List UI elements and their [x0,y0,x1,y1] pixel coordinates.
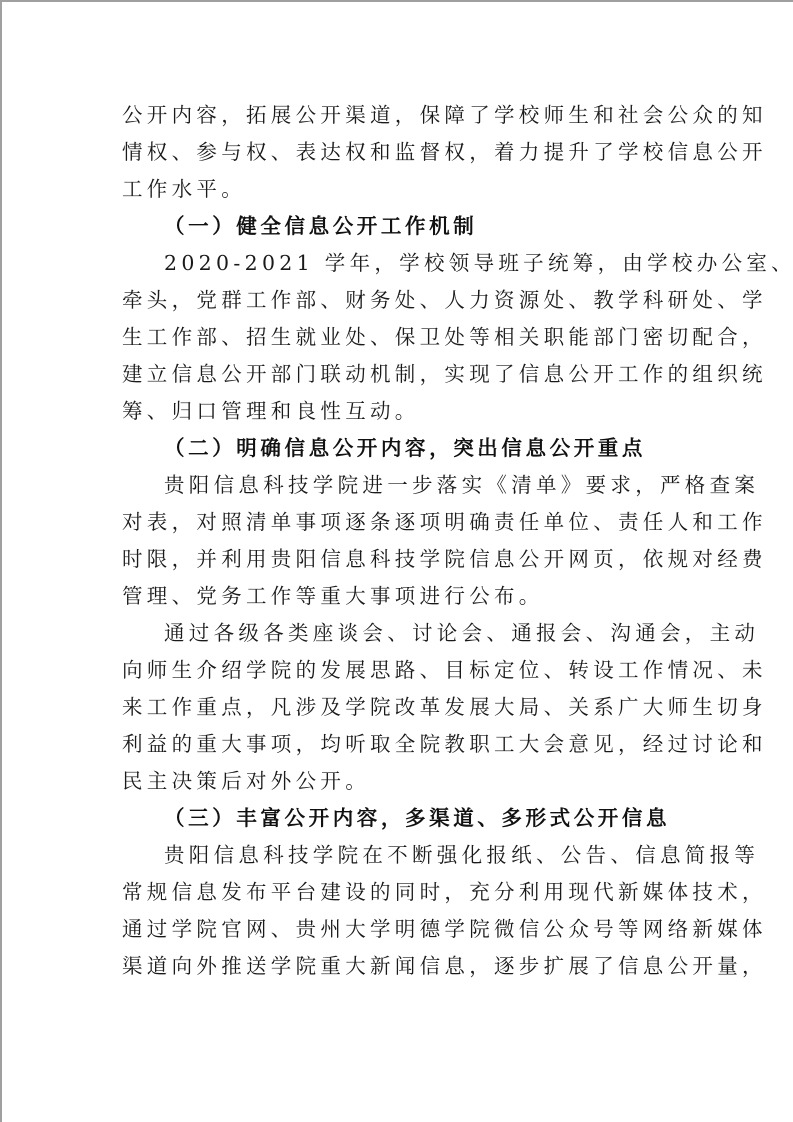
section-heading-3: （三）丰富公开内容，多渠道、多形式公开信息 [122,800,682,837]
paragraph-line: 利益的重大事项，均听取全院教职工大会意见，经过讨论和 [122,726,682,763]
paragraph-line: 通过学院官网、贵州大学明德学院微信公众号等网络新媒体 [122,911,682,948]
document-body: 公开内容，拓展公开渠道，保障了学校师生和社会公众的知 情权、参与权、表达权和监督… [122,97,682,985]
paragraph-line: 建立信息公开部门联动机制，实现了信息公开工作的组织统 [122,356,682,393]
section-heading-2: （二）明确信息公开内容，突出信息公开重点 [122,430,682,467]
paragraph-line: 贵阳信息科技学院在不断强化报纸、公告、信息简报等 [122,837,682,874]
paragraph-line: 贵阳信息科技学院进一步落实《清单》要求，严格查案 [122,467,682,504]
paragraph-line: 常规信息发布平台建设的同时，充分利用现代新媒体技术， [122,874,682,911]
document-page: 公开内容，拓展公开渠道，保障了学校师生和社会公众的知 情权、参与权、表达权和监督… [0,0,793,1122]
paragraph-line: 工作水平。 [122,171,682,208]
paragraph-line: 情权、参与权、表达权和监督权，着力提升了学校信息公开 [122,134,682,171]
paragraph-line: 对表，对照清单事项逐条逐项明确责任单位、责任人和工作 [122,504,682,541]
paragraph-line: 向师生介绍学院的发展思路、目标定位、转设工作情况、未 [122,652,682,689]
paragraph-line: 来工作重点，凡涉及学院改革发展大局、关系广大师生切身 [122,689,682,726]
section-heading-1: （一）健全信息公开工作机制 [122,208,682,245]
paragraph-line: 公开内容，拓展公开渠道，保障了学校师生和社会公众的知 [122,97,682,134]
paragraph-line: 通过各级各类座谈会、讨论会、通报会、沟通会，主动 [122,615,682,652]
paragraph-line: 民主决策后对外公开。 [122,763,682,800]
paragraph-line: 时限，并利用贵阳信息科技学院信息公开网页，依规对经费 [122,541,682,578]
paragraph-line: 生工作部、招生就业处、保卫处等相关职能部门密切配合， [122,319,682,356]
paragraph-line: 牵头，党群工作部、财务处、人力资源处、教学科研处、学 [122,282,682,319]
paragraph-line: 筹、归口管理和良性互动。 [122,393,682,430]
paragraph-line: 管理、党务工作等重大事项进行公布。 [122,578,682,615]
paragraph-line: 2020-2021 学年，学校领导班子统筹，由学校办公室、 [122,245,682,282]
paragraph-line: 渠道向外推送学院重大新闻信息，逐步扩展了信息公开量， [122,948,682,985]
